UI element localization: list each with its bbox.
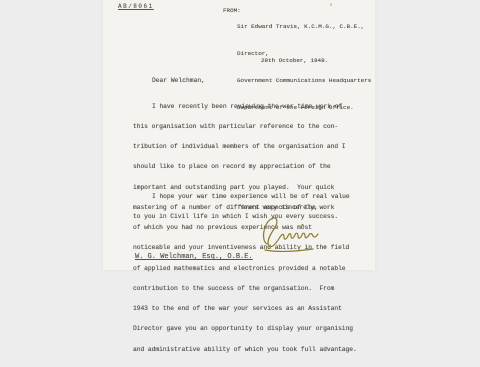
reference-number: AB/8061 (118, 3, 154, 10)
body-line: this organisation with particular refere… (133, 124, 357, 131)
letter-page: AB/8061 FROM: Sir Edward Travis, K.C.M.G… (103, 0, 375, 270)
body-line: I hope your war time experience will be … (133, 194, 350, 201)
body-line: of applied mathematics and electronics p… (133, 266, 357, 271)
sender-name: Sir Edward Travis, K.C.M.G., C.B.E., (237, 21, 371, 34)
signature-ink-strokes (255, 214, 341, 254)
body-line: should like to place on record my apprec… (133, 164, 357, 171)
sender-organisation: Government Communications Headquarters (237, 75, 371, 88)
scanner-background: AB/8061 FROM: Sir Edward Travis, K.C.M.G… (0, 0, 480, 270)
letter-date: 28th October, 1948. (261, 57, 328, 64)
body-line: tribution of individual members of the o… (133, 144, 357, 151)
paper-speck (330, 3, 332, 6)
recipient-line: W. G. Welchman, Esq., O.B.E. (135, 253, 253, 261)
signature-handwritten (255, 214, 341, 254)
body-line: I have recently been reviewing the war t… (133, 104, 357, 111)
closing-valediction: Yours very sincerely, (240, 204, 318, 211)
salutation: Dear Welchman, (152, 77, 205, 84)
